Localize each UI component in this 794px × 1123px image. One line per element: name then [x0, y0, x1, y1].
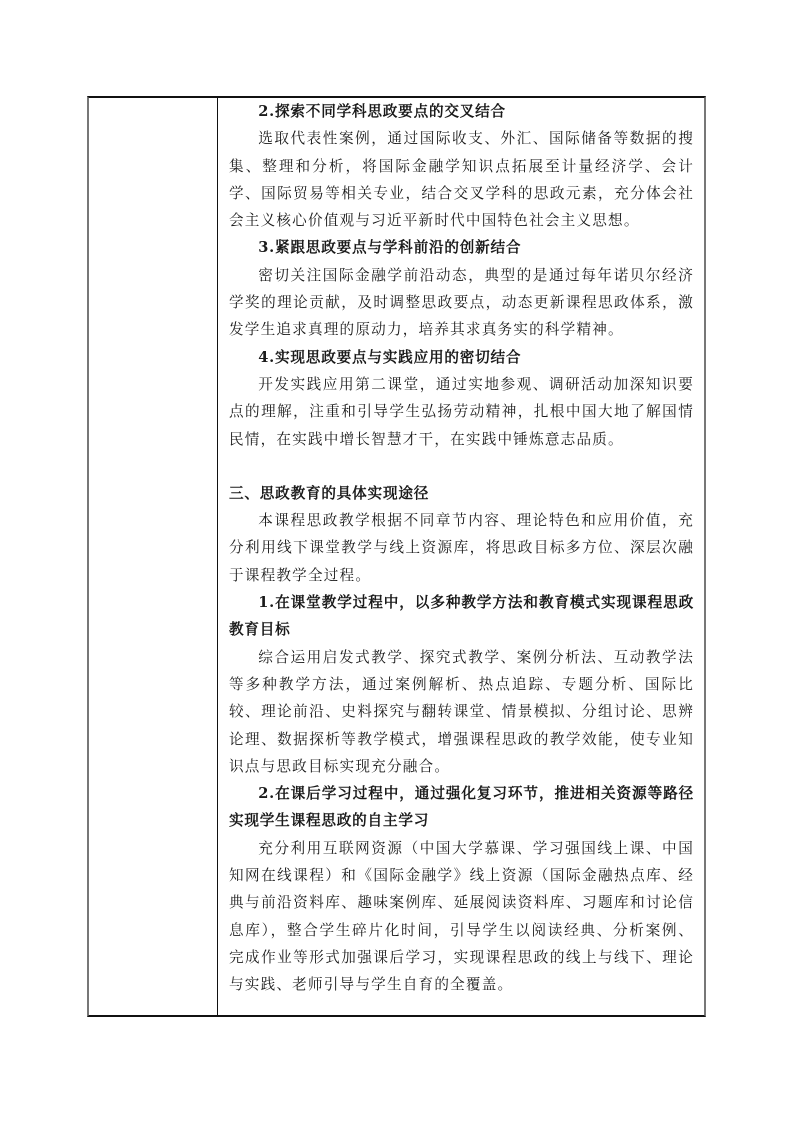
subheading-practice: 4.实现思政要点与实践应用的密切结合: [229, 344, 694, 371]
subheading-classroom: 1.在课堂教学过程中，以多种教学方法和教育模式实现课程思政教育目标: [229, 589, 694, 644]
label-cell: [89, 98, 218, 1015]
paragraph: 选取代表性案例，通过国际收支、外汇、国际储备等数据的搜集、整理和分析，将国际金融…: [229, 125, 694, 234]
section-heading: 三、思政教育的具体实现途径: [229, 480, 694, 507]
paragraph: 本课程思政教学根据不同章节内容、理论特色和应用价值，充分利用线下课堂教学与线上资…: [229, 507, 694, 589]
content-cell: 2.探索不同学科思政要点的交叉结合 选取代表性案例，通过国际收支、外汇、国际储备…: [220, 98, 704, 1015]
subheading-after-class: 2.在课后学习过程中，通过强化复习环节，推进相关资源等路径实现学生课程思政的自主…: [229, 780, 694, 835]
subheading-cross-discipline: 2.探索不同学科思政要点的交叉结合: [229, 98, 694, 125]
paragraph: 密切关注国际金融学前沿动态，典型的是通过每年诺贝尔经济学奖的理论贡献，及时调整思…: [229, 262, 694, 344]
document-body: 2.探索不同学科思政要点的交叉结合 选取代表性案例，通过国际收支、外汇、国际储备…: [229, 98, 694, 999]
paragraph: 充分利用互联网资源（中国大学慕课、学习强国线上课、中国知网在线课程）和《国际金融…: [229, 835, 694, 999]
subheading-frontier: 3.紧跟思政要点与学科前沿的创新结合: [229, 234, 694, 261]
paragraph: 开发实践应用第二课堂，通过实地参观、调研活动加深知识要点的理解，注重和引导学生弘…: [229, 371, 694, 453]
content-table: 2.探索不同学科思政要点的交叉结合 选取代表性案例，通过国际收支、外汇、国际储备…: [87, 96, 706, 1017]
paragraph: 综合运用启发式教学、探究式教学、案例分析法、互动教学法等多种教学方法，通过案例解…: [229, 644, 694, 780]
